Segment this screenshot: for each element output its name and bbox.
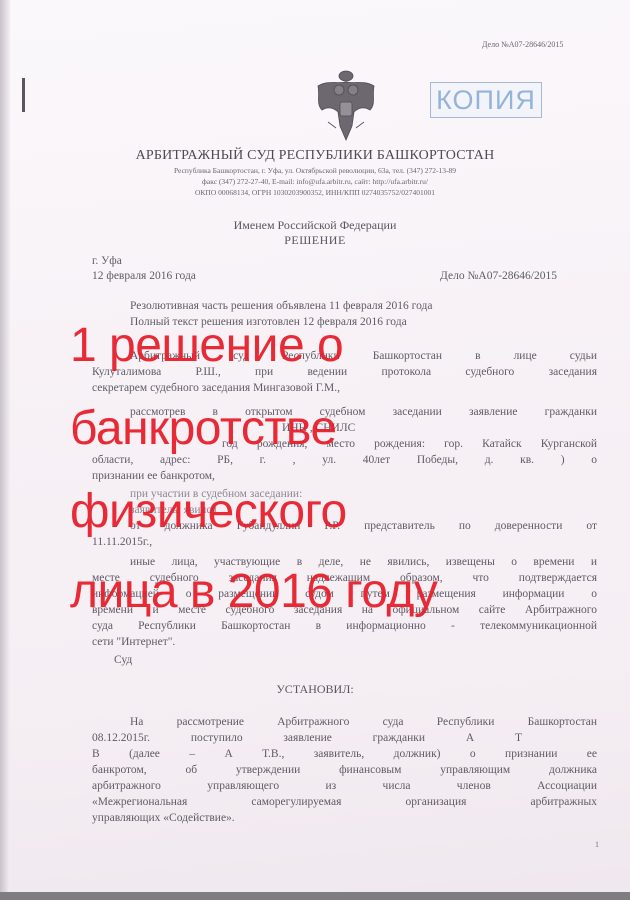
overlay-caption-line: банкротстве <box>70 405 337 453</box>
city: г. Уфа <box>92 255 122 267</box>
binder-mark <box>22 78 25 112</box>
text-line: секретарем судебного заседания Мингазово… <box>92 382 340 394</box>
text-line: «Межрегиональная саморегулируемая органи… <box>92 796 597 808</box>
decision-date: 12 февраля 2016 года <box>92 270 196 282</box>
text-line: В (далее – А Т.В., заявитель, должник) о… <box>92 748 597 760</box>
text-line: сети "Интернет". <box>92 636 175 648</box>
copy-stamp: КОПИЯ <box>430 82 542 118</box>
text-line: На рассмотрение Арбитражного суда Респуб… <box>130 716 597 728</box>
court-address: Республика Башкортостан, г. Уфа, ул. Окт… <box>0 166 630 175</box>
document-page: Дело №А07-28646/2015 КОПИЯ АРБИТРАЖНЫЙ С… <box>0 0 630 892</box>
court-contacts: факс (347) 272-27-40, E-mail: info@ufa.a… <box>0 177 630 186</box>
in-the-name-heading: Именем Российской Федерации <box>0 218 630 233</box>
text-line: Резолютивная часть решения объявлена 11 … <box>130 300 432 312</box>
scan-bottom-edge <box>0 892 630 900</box>
court-name: АРБИТРАЖНЫЙ СУД РЕСПУБЛИКИ БАШКОРТОСТАН <box>0 148 630 164</box>
overlay-caption-line: физического <box>70 488 347 536</box>
case-number-header: Дело №А07-28646/2015 <box>482 40 563 49</box>
text-line: признании ее банкротом, <box>92 470 215 482</box>
decision-title: РЕШЕНИЕ <box>0 233 630 248</box>
text-line: области, адрес: РБ, г. , ул. 40лет Побед… <box>92 454 597 466</box>
case-number: Дело №А07-28646/2015 <box>440 270 557 282</box>
text-line: арбитражного управляющего из числа члено… <box>92 780 597 792</box>
overlay-caption-line: 1 решение о <box>70 322 343 370</box>
established-heading: УСТАНОВИЛ: <box>0 682 630 697</box>
scan-edge-shadow <box>0 0 10 892</box>
page-number: 1 <box>595 840 599 849</box>
text-line: Суд <box>114 654 132 666</box>
overlay-caption-line: лица в 2016 году <box>70 568 437 616</box>
text-line: суда Республики Башкортостан в информаци… <box>92 620 597 632</box>
coat-of-arms-icon <box>306 66 386 146</box>
text-line: управляющих «Содействие». <box>92 812 235 824</box>
court-codes: ОКПО 00068134, ОГРН 1030203900352, ИНН/К… <box>0 188 630 197</box>
text-line: банкротом, об утверждении финансовым упр… <box>92 764 597 776</box>
text-line: 08.12.2015г. поступило заявление граждан… <box>92 732 522 744</box>
